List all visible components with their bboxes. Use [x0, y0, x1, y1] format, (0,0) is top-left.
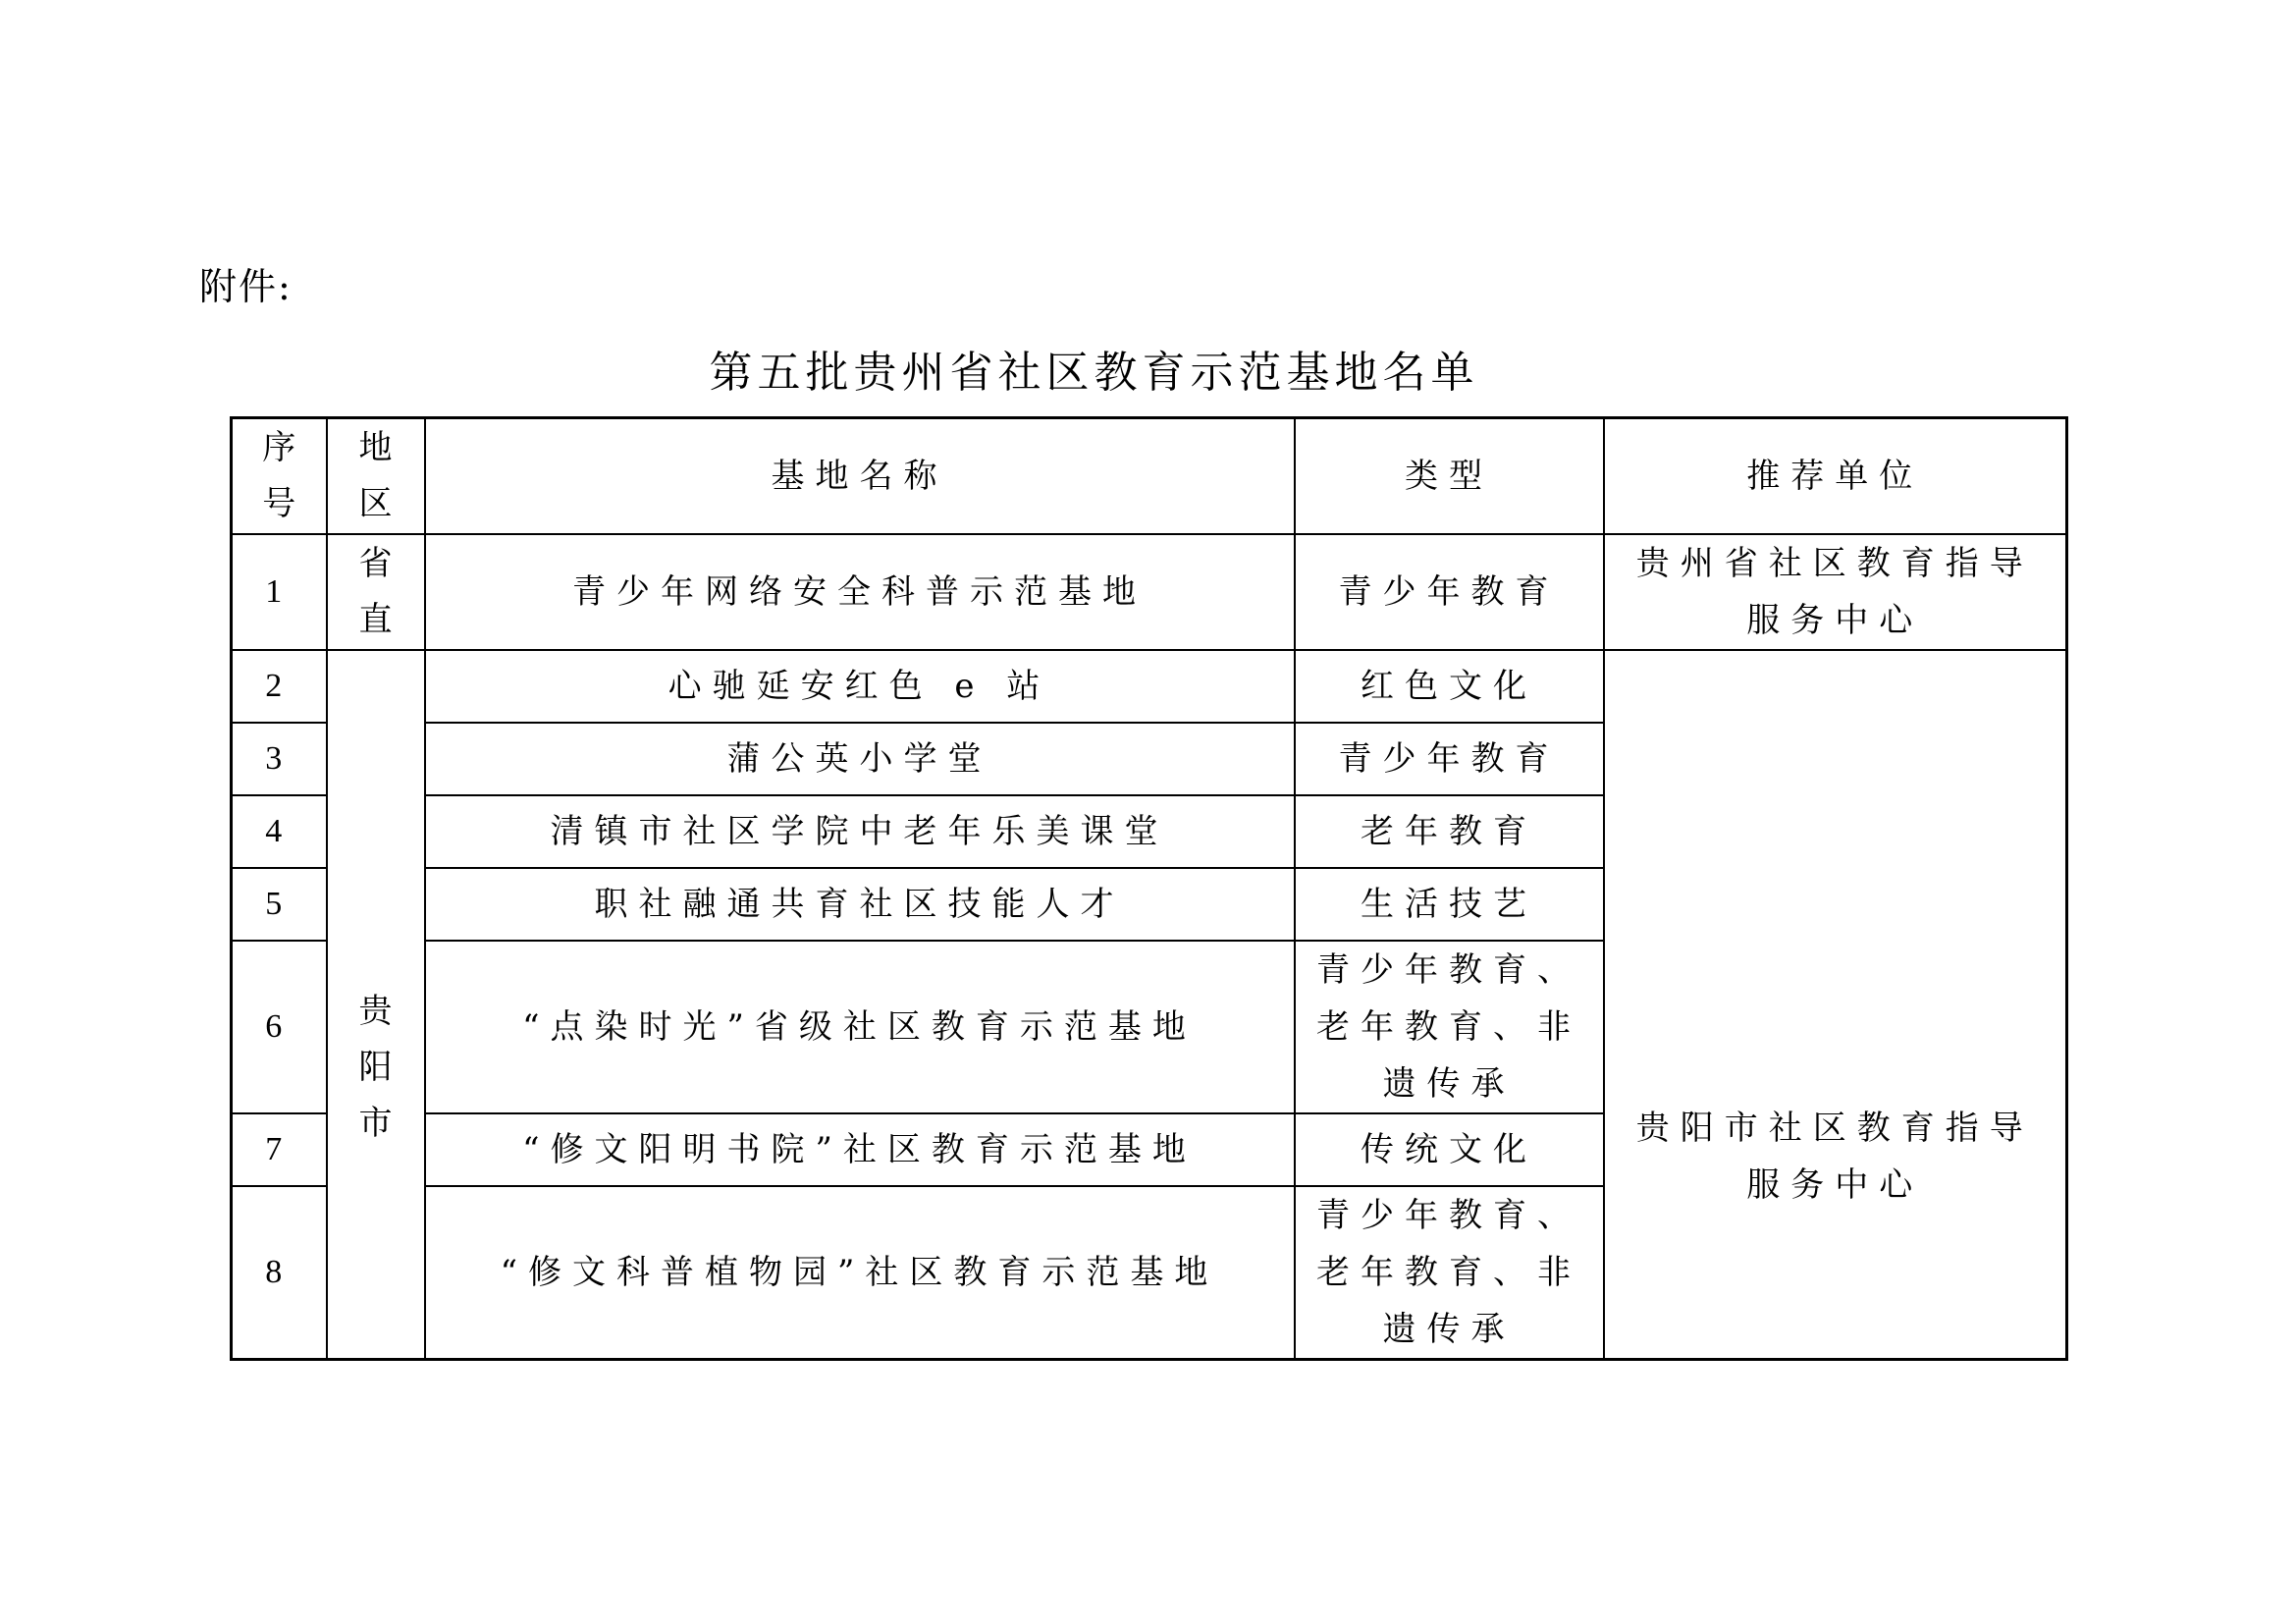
- table-header-row: 序号 地区 基地名称 类型 推荐单位: [232, 418, 2067, 534]
- table-row: 1 省直 青少年网络安全科普示范基地 青少年教育 贵州省社区教育指导 服务中心: [232, 534, 2067, 650]
- cell-type: 青少年教育: [1295, 723, 1604, 795]
- header-name: 基地名称: [425, 418, 1295, 534]
- header-unit: 推荐单位: [1604, 418, 2067, 534]
- cell-unit: 贵州省社区教育指导 服务中心: [1604, 534, 2067, 650]
- cell-no: 4: [232, 795, 327, 868]
- cell-region: 省直: [327, 534, 425, 650]
- cell-name: 蒲公英小学堂: [425, 723, 1295, 795]
- cell-no: 5: [232, 868, 327, 941]
- cell-name: 职社融通共育社区技能人才: [425, 868, 1295, 941]
- header-no: 序号: [232, 418, 327, 534]
- cell-type: 青少年教育、 老年教育、非 遗传承: [1295, 1186, 1604, 1360]
- cell-name: “修文阳明书院”社区教育示范基地: [425, 1113, 1295, 1186]
- cell-type: 青少年教育、 老年教育、非 遗传承: [1295, 941, 1604, 1113]
- cell-type: 传统文化: [1295, 1113, 1604, 1186]
- cell-no: 2: [232, 650, 327, 723]
- cell-type: 红色文化: [1295, 650, 1604, 723]
- cell-name: 青少年网络安全科普示范基地: [425, 534, 1295, 650]
- cell-no: 3: [232, 723, 327, 795]
- cell-name: “修文科普植物园”社区教育示范基地: [425, 1186, 1295, 1360]
- document-title-wrap: 第五批贵州省社区教育示范基地名单: [0, 344, 2296, 403]
- attachment-label: 附件:: [199, 263, 293, 310]
- cell-type: 生活技艺: [1295, 868, 1604, 941]
- cell-unit-guiyang: 贵阳市社区教育指导 服务中心: [1604, 650, 2067, 1360]
- cell-name: 清镇市社区学院中老年乐美课堂: [425, 795, 1295, 868]
- cell-no: 7: [232, 1113, 327, 1186]
- cell-region-guiyang: 贵阳市: [327, 650, 425, 1360]
- cell-no: 1: [232, 534, 327, 650]
- table-row: 2 贵阳市 心驰延安红色 e 站 红色文化 贵阳市社区教育指导 服务中心: [232, 650, 2067, 723]
- cell-name: 心驰延安红色 e 站: [425, 650, 1295, 723]
- demonstration-base-table: 序号 地区 基地名称 类型 推荐单位 1 省直 青少年网络安全科普示范基地 青少…: [230, 416, 2068, 1361]
- header-region: 地区: [327, 418, 425, 534]
- cell-no: 6: [232, 941, 327, 1113]
- cell-name: “点染时光”省级社区教育示范基地: [425, 941, 1295, 1113]
- cell-no: 8: [232, 1186, 327, 1360]
- header-type: 类型: [1295, 418, 1604, 534]
- cell-type: 青少年教育: [1295, 534, 1604, 650]
- document-title: 第五批贵州省社区教育示范基地名单: [710, 344, 1479, 403]
- cell-type: 老年教育: [1295, 795, 1604, 868]
